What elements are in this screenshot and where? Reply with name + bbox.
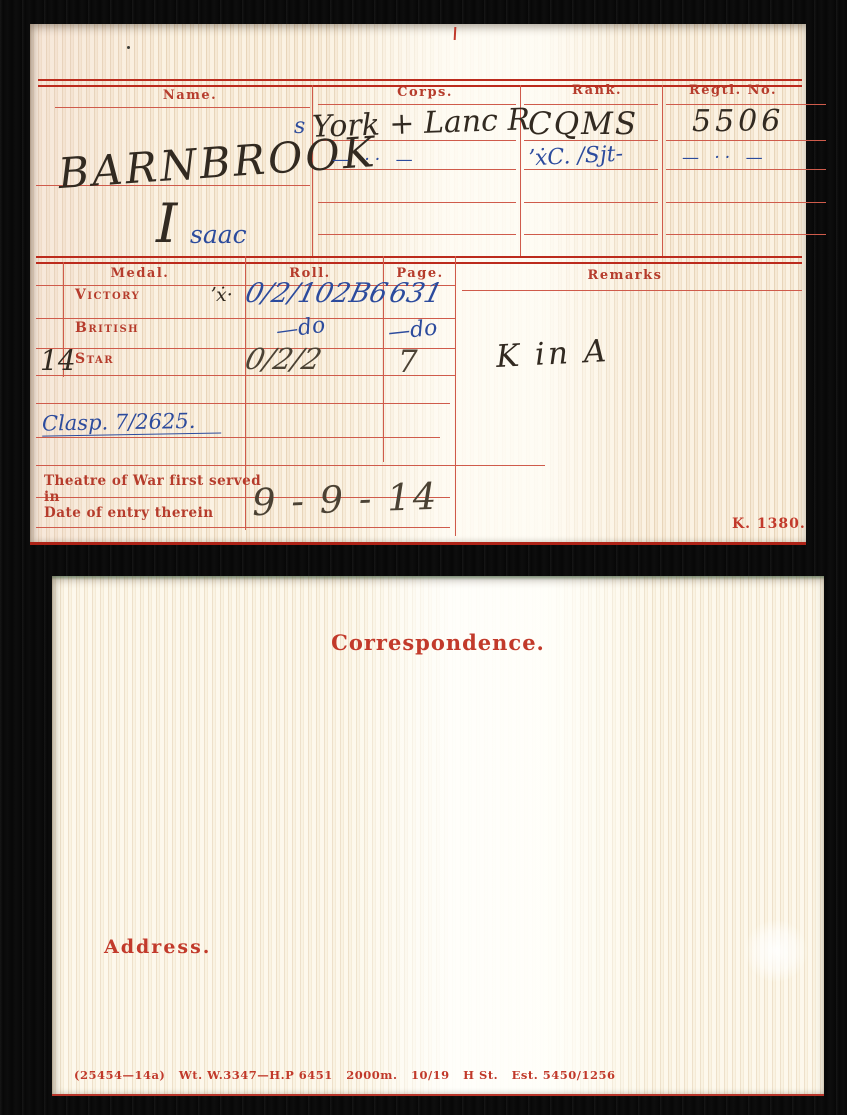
- regtl-no-handwritten: 5506: [692, 104, 784, 139]
- medal-column-header: Medal.: [60, 266, 220, 281]
- corps-line: [318, 202, 516, 203]
- medal-row-line: [36, 465, 545, 466]
- divider-rank-regtl: [662, 85, 663, 256]
- regtl-ditto-marks: — ·· —: [682, 148, 768, 168]
- victory-page-handwritten: 631: [386, 278, 445, 309]
- rank-note-handwritten: ʼẋC. /Sjt-: [527, 142, 623, 172]
- name-column-header: Name.: [90, 88, 290, 103]
- correspondence-title: Correspondence.: [52, 630, 824, 655]
- remarks-header-underline: [462, 290, 802, 291]
- corps-column-header: Corps.: [335, 85, 515, 100]
- medal-row-line: [36, 437, 440, 438]
- divider-page-remarks: [455, 256, 456, 536]
- scanned-medal-index-card: Name. Corps. Rank. Regtl. No. BARNBROOK …: [0, 0, 847, 1115]
- double-rule-medal-2: [36, 262, 802, 264]
- paper-smudge: [744, 920, 808, 982]
- date-of-entry-label: Date of entry therein: [44, 505, 274, 521]
- medal-row-line: [36, 318, 455, 319]
- corps-line: [318, 234, 516, 235]
- address-label: Address.: [104, 936, 211, 958]
- medal-row-star-label: Star: [75, 351, 185, 367]
- british-roll-ditto: —do: [275, 313, 327, 345]
- theatre-of-war-label: Theatre of War first served in: [44, 473, 274, 505]
- corps-check-mark: s: [294, 114, 305, 139]
- form-code: K. 1380.: [732, 516, 806, 532]
- registration-tick-mark: [454, 27, 457, 40]
- star-page-handwritten: 7: [398, 344, 418, 380]
- remarks-entry-handwritten: K in A: [495, 333, 610, 375]
- rank-column-header: Rank.: [537, 83, 657, 98]
- remarks-column-header: Remarks: [475, 268, 775, 283]
- medal-card-back: Correspondence. Address. (25454—14a) Wt.…: [52, 576, 824, 1096]
- double-rule-medal-1: [36, 256, 802, 258]
- rank-line: [524, 202, 658, 203]
- star-roll-handwritten: 0/2/2: [242, 342, 325, 376]
- rank-line: [524, 104, 658, 105]
- regtl-line: [666, 234, 826, 235]
- printers-imprint: (25454—14a) Wt. W.3347—H.P 6451 2000m. 1…: [74, 1068, 615, 1082]
- regtl-line: [666, 169, 826, 170]
- rank-line: [524, 234, 658, 235]
- victory-check-mark: ʼẋ·: [210, 284, 233, 306]
- corps-handwritten: York + Lanc R: [311, 102, 530, 145]
- regtl-line: [666, 140, 826, 141]
- clasp-note-handwritten: Clasp. 7/2625.: [42, 408, 222, 436]
- medal-row-victory-label: Victory: [75, 287, 185, 303]
- british-page-ditto: —do: [387, 315, 439, 345]
- corps-ditto-marks: — ·· —: [332, 150, 418, 170]
- name-header-underline: [55, 107, 310, 108]
- medal-row-line: [36, 403, 450, 404]
- medal-card-front: Name. Corps. Rank. Regtl. No. BARNBROOK …: [30, 24, 806, 545]
- star-prefix-handwritten: 14: [40, 344, 76, 377]
- victory-roll-handwritten: 0/2/102B6: [242, 278, 391, 309]
- medal-row-british-label: British: [75, 320, 185, 336]
- rank-handwritten: CQMS: [528, 106, 638, 142]
- double-rule-top-1: [38, 79, 802, 81]
- medal-row-line: [36, 527, 450, 528]
- regtl-line: [666, 202, 826, 203]
- regtl-no-column-header: Regtl. No.: [668, 83, 798, 98]
- forename-initial-handwritten: I: [156, 192, 177, 255]
- forename-rest-handwritten: saac: [190, 220, 247, 249]
- medal-row-line: [36, 348, 455, 349]
- date-of-entry-handwritten: 9 - 9 - 14: [251, 475, 439, 524]
- ink-speck: [127, 46, 130, 49]
